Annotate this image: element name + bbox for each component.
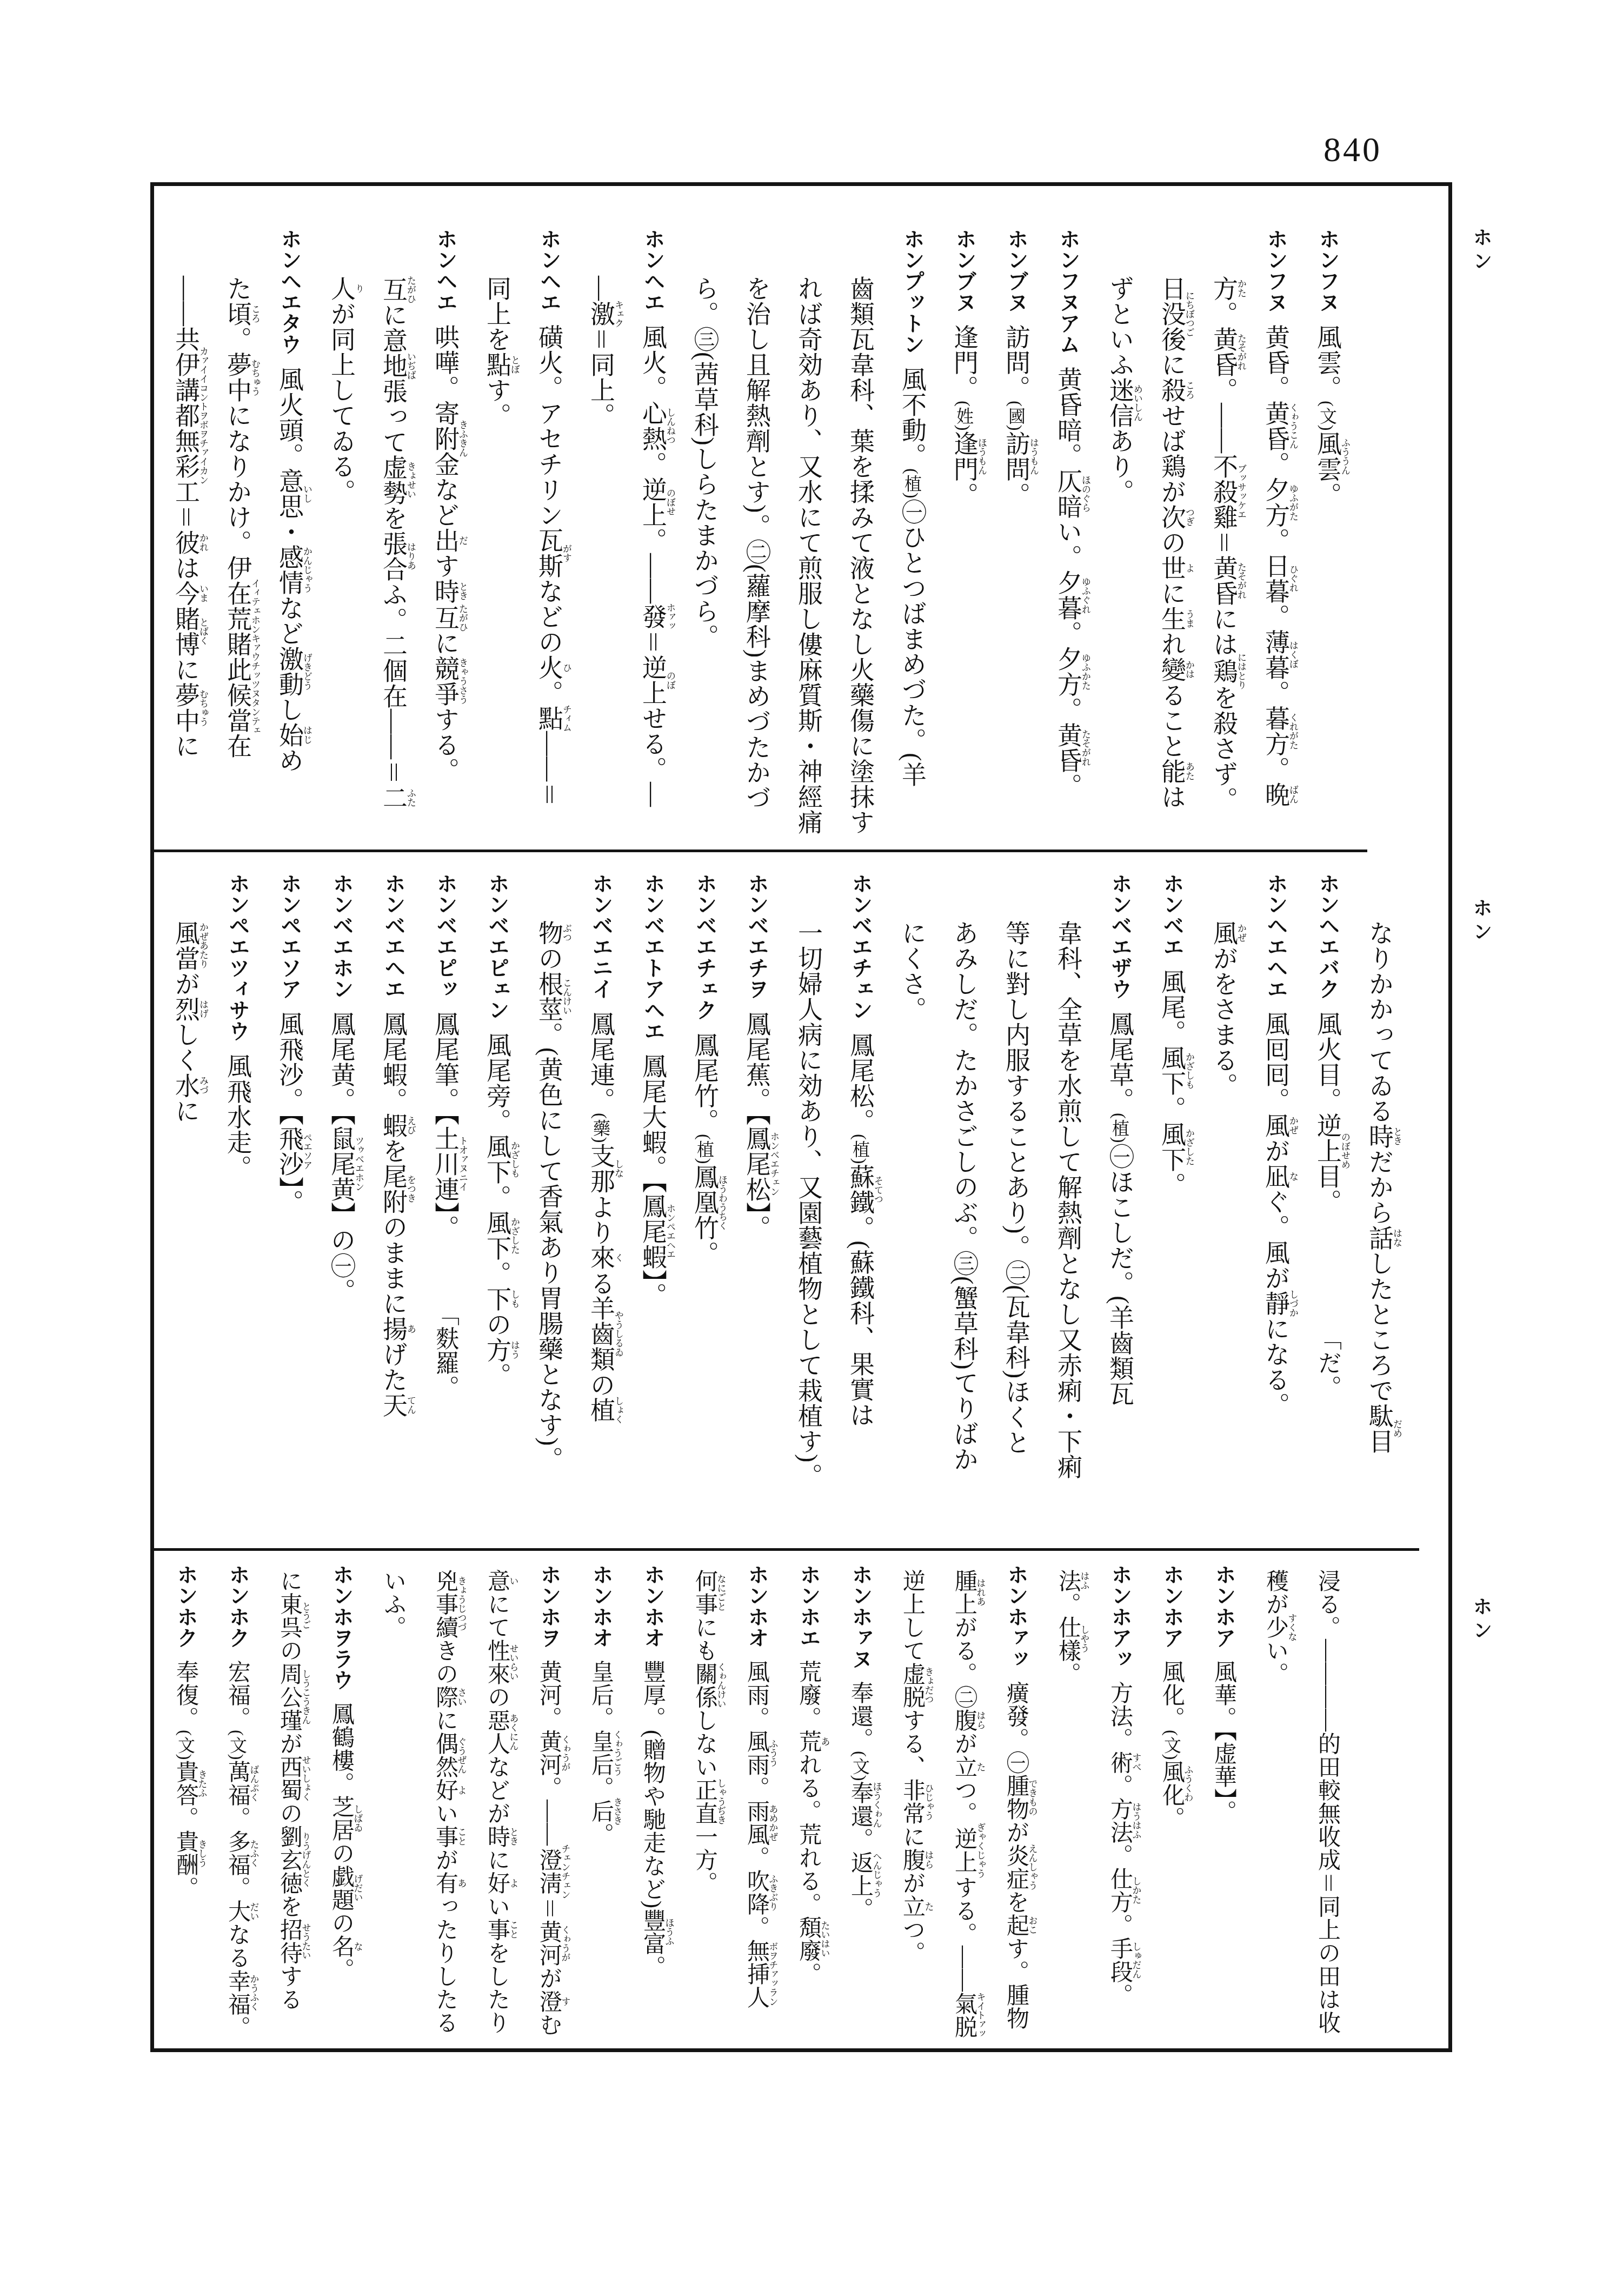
definition-text: 風化ふうくわ — [1159, 1760, 1184, 1807]
definition-text: が — [433, 1848, 457, 1872]
definition-text: 好よ — [484, 1872, 509, 1895]
dictionary-page: { "page": { "number": "840", "margin_lab… — [0, 0, 1623, 2296]
definition-text: 風雲。 — [1314, 324, 1341, 401]
definition-text: 韋科、全草を水煎して解熱劑となし又赤痢・下痢 — [1054, 920, 1082, 1479]
definition-text: の — [329, 1842, 354, 1865]
definition-text: 心熱しんねつ — [639, 401, 667, 452]
definition-text: 名な — [329, 1935, 354, 1958]
definition-text: 返上へんじゃう — [848, 1851, 873, 1897]
headword: ホンプットン — [901, 228, 924, 355]
definition-text: 戯題げだい — [329, 1865, 354, 1912]
definition-text: にくさ。 — [899, 920, 926, 1022]
definition-text: は — [172, 555, 199, 581]
definition-text: 方かた — [1210, 276, 1238, 301]
definition-text: 物ぶつ — [535, 920, 563, 946]
definition-text: あり。 — [1106, 428, 1134, 505]
definition-text: 。 — [744, 1776, 769, 1800]
definition-text: め — [276, 748, 303, 773]
definition-text: 夕方ゆふがた — [1262, 477, 1289, 528]
definition-text: 正直しゃうぢき — [692, 1779, 717, 1825]
definition-text: 。 — [1262, 452, 1289, 477]
definition-text: 彼かれ — [172, 530, 199, 555]
definition-text: (文) — [1318, 401, 1337, 431]
entry-column: ホンベエチェク鳳尾竹。(植)鳳凰竹ほうわうちく。 — [679, 873, 730, 1548]
continuation-column: を治し且解熱劑とす)。㊁(蘿摩科)まめづたかづ — [730, 228, 782, 852]
definition-text: つ。 — [952, 1779, 976, 1825]
definition-text: 奉還ほうくゎん — [848, 1781, 873, 1828]
definition-text: 。 — [1107, 1914, 1132, 1937]
definition-text: する — [277, 1965, 302, 2011]
definition-text: (植) — [902, 468, 922, 499]
definition-text: 豐厚。(贈物や馳走など) — [640, 1660, 665, 1909]
definition-text: 風雲ふううん — [1314, 431, 1341, 482]
definition-text: 。 — [588, 1776, 613, 1800]
continuation-column: 穫が少すくない。 — [1249, 1564, 1301, 2043]
definition-text: になりかけ。 — [224, 403, 251, 555]
headword: ホンホアッ — [1108, 1564, 1132, 1669]
definition-text: 等に對し内服することあり)。㊁(瓦韋科)ほくと — [1002, 920, 1030, 1455]
definition-text: に — [431, 631, 459, 656]
dictionary-band-middle: なりかかってゐる時ときだから話はなしたところで駄目だめホンヘエバク風火目。逆上目… — [154, 852, 1419, 1551]
definition-text: したところで — [1366, 1251, 1393, 1403]
definition-text: ＝同上。 — [587, 327, 615, 428]
definition-text: 風當かぜあたり — [172, 920, 199, 971]
definition-text: 能あた — [1158, 759, 1186, 784]
continuation-column: 齒類瓦韋科、葉を揉みて液となし火藥傷に塗抹す — [834, 228, 886, 852]
definition-text: を治し且解熱劑とす)。㊁(蘿摩科)まめづたかづ — [743, 276, 770, 811]
entry-column: ホンベエホン鳳尾黄。【鼠尾黄ツゥベエホン】の㊀。 — [315, 873, 367, 1548]
definition-text: 哄嘩。 — [431, 324, 459, 401]
definition-text: 風飛水走。 — [224, 1053, 251, 1180]
definition-text: 風飛沙。【 — [276, 1011, 303, 1126]
headword: ホンホヲラウ — [330, 1564, 353, 1690]
continuation-column: ら。㊂(茜草科)しらたまかづら。 — [679, 228, 730, 852]
definition-text: 浸る。――――的田較無收成＝同上の田は收 — [1315, 1569, 1340, 2034]
definition-text: ――＝ — [535, 731, 563, 807]
entry-column: ホンペエソア風飛沙。【飛沙ペエソア】。 — [263, 873, 315, 1548]
definition-text: 逆上目のぼせめ — [1314, 1113, 1341, 1189]
definition-text: には — [1210, 606, 1238, 657]
headword: ホンホオ — [641, 1564, 664, 1648]
definition-text: 逢門。 — [950, 324, 978, 401]
definition-text: 風華。【虚華】。 — [1211, 1660, 1236, 1823]
continuation-column: ――共伊講都無彩工カァイイコントヲボヲチァイカン＝彼かれは今いま賭博とばくに夢中… — [159, 228, 211, 852]
definition-text: ぐ。風が — [1262, 1189, 1289, 1291]
headword: ホンベエチェク — [693, 873, 716, 1020]
definition-text: 。―― — [1210, 377, 1238, 454]
definition-text: 揚あ — [380, 1316, 407, 1342]
headword: ホンペエソア — [278, 873, 301, 999]
definition-text: 。 — [744, 1846, 769, 1869]
definition-text: に — [484, 1848, 509, 1872]
definition-text: 賭博とばく — [172, 606, 199, 657]
definition-text: 。 — [848, 1897, 873, 1921]
definition-text: 性來せいらい — [484, 1639, 509, 1685]
continuation-column: 兇事續きょうじつづきの際さいに偶然ぐうぜん好よい事ことが有あったりしたる時ときに — [419, 1564, 471, 2043]
entry-column: ホンペエツィサウ風飛水走。 — [211, 873, 263, 1548]
definition-text: つ。 — [900, 1918, 924, 1965]
continuation-column: 等に對し内服することあり)。㊁(瓦韋科)ほくと — [990, 873, 1042, 1551]
definition-text: 黄昏暗。 — [1054, 367, 1082, 468]
headword: ホンホオ — [589, 1564, 613, 1648]
headword: ホンベエニイ — [589, 873, 613, 999]
continuation-column: 方かた。黄昏たそがれ。――不殺雞ブッサッケエ＝黄昏たそがれには鶏にはとりを殺さず… — [1198, 228, 1249, 852]
definition-text: あみしだ。たかさごしのぶ。㊂(蟹草科)てりばか — [950, 920, 978, 1472]
definition-text: 訪問。 — [1002, 324, 1030, 401]
definition-text: ふ。二個在――＝ — [380, 582, 407, 785]
definition-text: 鳳尾竹。 — [691, 1032, 719, 1134]
definition-text: (姓) — [954, 401, 974, 431]
definition-text: す。 — [483, 377, 511, 428]
definition-text: 次つぎ — [1158, 505, 1186, 530]
definition-text: 不殺雞ブッサッケエ — [1210, 454, 1238, 530]
definition-text: 尾附をつき — [380, 1164, 407, 1215]
definition-text: 貴酬きしう — [173, 1830, 198, 1876]
definition-text: 氣脱キイトァッ — [952, 1992, 976, 2039]
entry-column: ホンヘエ風火。心熱しんねつ。逆上のぼせ。――發ホァッ＝逆上のぼせる。― — [627, 228, 679, 850]
definition-text: 意い — [484, 1569, 509, 1592]
entry-column: ホンホエ荒廢。荒あれる。荒れる。頽廢たいはい。荒廢くゎうはい。荒蕪くゎうぶ。 — [782, 1564, 834, 2043]
definition-text: 飛沙ペエソア — [276, 1126, 303, 1177]
headword: ホンホエ — [797, 1564, 820, 1648]
entry-column: ホンホオ皇后。皇后くゎうごう。后きさき。 — [575, 1564, 627, 2043]
definition-text: 后きさき — [588, 1800, 613, 1823]
definition-text: 鳳鶴樓。 — [329, 1702, 354, 1795]
definition-text: 寄附金きふきん — [431, 401, 459, 477]
definition-text: 。 — [796, 1962, 821, 1986]
margin-guide-label-top: ホン — [1463, 227, 1495, 275]
definition-text: 。 — [1210, 301, 1238, 327]
definition-text: 。 — [1107, 1774, 1132, 1797]
page-number: 840 — [1315, 130, 1391, 170]
definition-text: が — [536, 1967, 561, 1990]
definition-text: 法はふ — [1055, 1569, 1080, 1592]
definition-text: 意思いし — [276, 468, 303, 519]
continuation-column: 逆上して虚脱きょだつする、非常ひじゃうに腹はらが立たつ。 — [886, 1564, 938, 2043]
definition-text: 時とき — [1366, 1124, 1393, 1149]
continuation-column: 韋科、全草を水煎して解熱劑となし又赤痢・下痢 — [1042, 873, 1094, 1551]
definition-text: 磺火。アセチリン — [535, 324, 563, 528]
definition-text: 荒あ — [796, 1730, 821, 1753]
definition-text: 靜しづか — [1262, 1291, 1289, 1316]
headword: ホンベエザウ — [1108, 873, 1132, 999]
entry-column: ホンヘエ哄嘩。寄附金きふきんなど出だす時とき互たがひに競爭きゃうさうする。 — [419, 228, 471, 850]
continuation-column: にくさ。 — [886, 873, 938, 1551]
definition-text: 鳳尾筆。【 — [431, 1011, 459, 1126]
definition-text: 風下かざしも — [1158, 1045, 1186, 1096]
continuation-column: に東呉とうごの周公瑾しうこうきんが西蜀せいしょくの劉玄徳りうげんとくを招待せうた… — [263, 1564, 315, 2043]
entry-column: ホンベエ風尾。風下かざしも。風下かざした。 — [1146, 873, 1198, 1548]
definition-text: し — [276, 697, 303, 722]
definition-text: 出だ — [431, 528, 459, 553]
definition-text: 互たがひ — [431, 604, 459, 631]
continuation-column: 互たがひに意地張いぢばって虚勢きょせいを張合はりあふ。二個在――＝二ふた — [367, 228, 419, 852]
headword: ホンブヌ — [1005, 228, 1028, 313]
definition-text: 豐富ほうふ — [640, 1909, 665, 1955]
dictionary-band-bottom: 浸る。――――的田較無收成＝同上の田は收穫が少すくない。ホンホア風華。【虚華】。… — [154, 1551, 1367, 2043]
continuation-column: いふ。 — [367, 1564, 419, 2043]
turnback-text: 「だ。 — [1315, 1326, 1339, 1399]
definition-text: 風囘囘。 — [1262, 1011, 1289, 1113]
definition-text: 生うま — [1158, 606, 1186, 632]
definition-text: 。 — [1262, 680, 1289, 706]
entry-column: ホンブヌ逢門。(姓)逢門ほうもん。 — [938, 228, 990, 850]
definition-text: 。(黄色にして香氣あり胃腸藥となす)。 — [535, 1022, 563, 1472]
headword: ホンホア — [1160, 1564, 1183, 1648]
definition-text: 雨風あめかぜ — [744, 1800, 769, 1846]
definition-text: を殺さず。 — [1210, 685, 1238, 812]
definition-text: 。 — [1002, 482, 1030, 507]
definition-text: 。 — [1107, 1844, 1132, 1867]
definition-text: を — [277, 1895, 302, 1918]
definition-text: 風下かざした — [1158, 1122, 1186, 1172]
definition-text: 逆上のぼ — [639, 655, 667, 706]
definition-text: 風下かざしも — [483, 1134, 511, 1185]
definition-text: 術すべ — [1107, 1751, 1132, 1774]
definition-text: 逆上のぼせ — [639, 477, 667, 528]
entry-column: ホンヘエ磺火。アセチリン瓦斯がすなどの火ひ。點チィム――＝ — [523, 228, 575, 850]
definition-text: の — [277, 1802, 302, 1825]
definition-text: ＝ — [172, 505, 199, 530]
definition-text: 黄河くゎうが — [536, 1920, 561, 1967]
definition-text: 立た — [952, 1755, 976, 1779]
entry-column: ホンホク宏福。(文)萬福ばんぷく。多福たふく。大だいなる幸福かうふく。 — [211, 1564, 263, 2043]
entry-column: ホンベエニイ鳳尾連。(藥)支那しなより來くる羊齒類やうしるゐの植しょく — [575, 873, 627, 1548]
definition-text: 。 — [639, 452, 667, 477]
definition-text: 鳳尾大蝦。【 — [639, 1053, 667, 1193]
definition-text: に — [172, 657, 199, 682]
definition-text: 偶然ぐうぜん — [433, 1732, 457, 1779]
definition-text: 虚脱きょだつ — [900, 1662, 924, 1709]
continuation-column: 一切婦人病に効あり、又園藝植物として栽植す)。 — [782, 873, 834, 1551]
entry-column: ホンベエチヲ鳳尾蕉。【鳳尾松ホンベエチェン】。 — [730, 873, 782, 1548]
definition-text: の — [587, 1372, 615, 1397]
entry-column: ホンホアッ方法。術すべ。方法はうはふ。仕方しかた。手段しゅだん。手段てだて。詮せ… — [1094, 1564, 1146, 2043]
headword: ホンフヌ — [1316, 228, 1339, 313]
definition-text: 一方。 — [692, 1825, 717, 1895]
continuation-column: ずといふ迷信めいしんあり。 — [1094, 228, 1146, 852]
definition-text: 。 — [535, 680, 563, 706]
definition-text: 水みづ — [172, 1073, 199, 1098]
definition-text: 點とぼ — [483, 352, 511, 377]
definition-text: 鶏にはとり — [1210, 657, 1238, 685]
definition-text: 逆上して — [900, 1569, 924, 1662]
definition-text: 幸福かうふく — [225, 1969, 250, 2016]
definition-text: 腹はら — [952, 1709, 976, 1732]
definition-text: 非常ひじゃう — [900, 1779, 924, 1825]
definition-text: 黄昏たそがれ — [1054, 722, 1082, 773]
definition-text: 土川連トオァヌニイ — [431, 1126, 459, 1202]
entry-column: ホンフヌ黄昏。黄昏くゎうこん。夕方ゆふがた。日暮ひぐれ。薄暮はくぼ。暮方くれがた… — [1249, 228, 1301, 850]
definition-text: 鳳尾松。 — [847, 1032, 874, 1134]
definition-text: 。 — [225, 1807, 250, 1830]
definition-text: ― — [587, 276, 615, 301]
entry-column: ホンヘエヘエ風囘囘。風かぜが凪なぐ。風が靜しづかになる。 — [1249, 873, 1301, 1548]
definition-text: ㊀ほこしだ。(羊齒類瓦 — [1106, 1143, 1134, 1406]
headword: ホンベエチヲ — [745, 873, 768, 999]
headword: ホンベエピッ — [434, 873, 457, 999]
definition-text: 皇后。 — [588, 1660, 613, 1730]
definition-text: の — [483, 1312, 511, 1337]
definition-text: 荒廢。 — [796, 1660, 821, 1730]
definition-text: いふ。 — [381, 1569, 405, 1639]
definition-text: 萬福ばんぷく — [225, 1760, 250, 1807]
definition-text: ったりしたる — [433, 1895, 457, 2034]
headword: ホンフヌ — [1264, 228, 1287, 313]
definition-text: 鳳尾草。 — [1106, 1011, 1134, 1113]
definition-text: 二ふた — [380, 785, 407, 811]
continuation-column: 物ぶつの根莖こんけい。(黄色にして香氣あり胃腸藥となす)。 — [523, 873, 575, 1551]
definition-text: 事こと — [484, 1918, 509, 1941]
definition-text: は — [1158, 784, 1186, 809]
definition-text: 風尾。 — [1158, 969, 1186, 1045]
definition-text: 西蜀せいしょく — [277, 1755, 302, 1802]
definition-text: 風火目。 — [1314, 1011, 1341, 1113]
definition-text: 時とき — [484, 1825, 509, 1848]
definition-text: 鳳凰竹ほうわうちく — [691, 1164, 719, 1240]
definition-text: 貴答きたふ — [173, 1760, 198, 1807]
definition-text: 】の㊀。 — [328, 1202, 355, 1304]
definition-text: せば鶏が — [1158, 403, 1186, 505]
dictionary-frame: ホンフヌ風雲。(文)風雲ふううん。ホンフヌ黄昏。黄昏くゎうこん。夕方ゆふがた。日… — [150, 182, 1452, 2052]
definition-text: 人り — [328, 276, 355, 301]
definition-text: 。 — [1314, 1189, 1341, 1215]
definition-text: 大だい — [225, 1900, 250, 1923]
entry-column: ホンベエチェン鳳尾松。(植)蘇鐵そてつ。(蘇鐵科、果實は — [834, 873, 886, 1548]
definition-text: 。 — [483, 1185, 511, 1210]
definition-text: がる。㊁ — [952, 1616, 976, 1709]
definition-text: れば奇効あり、又水にて煎服し僂麻質斯・神經痛 — [795, 276, 822, 835]
definition-text: 鳳尾蕉。【 — [743, 1011, 770, 1126]
definition-text: 黄河くゎうが — [536, 1730, 561, 1776]
definition-text: ―― — [172, 276, 199, 327]
definition-text: 腫物できもの — [1003, 1774, 1028, 1821]
definition-text: 。 — [1054, 697, 1082, 722]
definition-text: 腫上はれあ — [952, 1569, 976, 1616]
definition-text: 。 — [744, 1916, 769, 1939]
definition-text: 。 — [1262, 757, 1289, 782]
headword: ホンホア — [1212, 1564, 1235, 1648]
definition-text: 炎症えんしゃう — [1003, 1844, 1028, 1890]
definition-text: 。 — [224, 327, 251, 352]
headword: ホンホヲ — [537, 1564, 561, 1648]
definition-text: 宏福。 — [225, 1660, 250, 1730]
entry-column: ホンベエピッ鳳尾筆。【土川連トオァヌニイ】。「麩羅。 — [419, 873, 471, 1548]
definition-text: 蘇鐵そてつ — [847, 1164, 874, 1215]
definition-text: 。 — [1262, 528, 1289, 553]
definition-text: (植) — [1110, 1113, 1129, 1143]
definition-text: する。―― — [952, 1876, 976, 1992]
definition-text: 方はう — [483, 1337, 511, 1363]
definition-text: 。 — [225, 1876, 250, 1900]
definition-text: 激キェク — [587, 301, 615, 327]
definition-text: をしたり — [484, 1941, 509, 2034]
continuation-column: た頃ころ。夢中むちゅうになりかけ。伊在荒賭此候當在イィテェホンキァウチッツヌタン… — [211, 228, 263, 852]
definition-text: 何事なにごと — [692, 1569, 717, 1616]
definition-text: 同上を — [483, 276, 511, 352]
definition-text: ㊀ひとつばまめづた。(羊 — [899, 499, 926, 787]
continuation-column: 何事なにごとにも關係くゎんけいしない正直しゃうぢき一方。 — [679, 1564, 730, 2043]
definition-text: 皇后くゎうごう — [588, 1730, 613, 1776]
definition-text: 黄昏たそがれ — [1210, 555, 1238, 606]
entry-column: ホンプットン風不動。(植)㊀ひとつばまめづた。(羊 — [886, 228, 938, 850]
definition-text: 風雨。 — [744, 1660, 769, 1730]
definition-text: のままに — [380, 1215, 407, 1316]
entry-column: ホンベエトアヘエ鳳尾大蝦。【鳳尾蝦ホンペエヘエ】。 — [627, 873, 679, 1548]
entry-column: ホンベエザウ鳳尾草。(植)㊀ほこしだ。(羊齒類瓦 — [1094, 873, 1146, 1548]
headword: ホンホク — [226, 1564, 249, 1648]
definition-text: の — [535, 946, 563, 971]
definition-text: (植) — [695, 1134, 714, 1164]
definition-text: 虚勢きょせい — [380, 455, 407, 506]
definition-text: げた — [380, 1342, 407, 1392]
definition-text: 下しも — [483, 1286, 511, 1312]
definition-text: を — [380, 506, 407, 531]
headword: ホンベエ — [1160, 873, 1183, 957]
definition-text: がをさまる。 — [1210, 946, 1238, 1098]
definition-text: 逆上ぎゃくじゃう — [952, 1825, 976, 1876]
definition-text: 共伊講都無彩工カァイイコントヲボヲチァイカン — [172, 327, 199, 505]
entry-column: ホンベエヘエ鳳尾蝦。蝦えびを尾附をつきのままに揚あげた天てん — [367, 873, 419, 1548]
definition-text: に — [277, 1569, 302, 1592]
entry-column: ホンフヌアム黄昏暗。仄暗ほのぐらい。夕暮ゆふぐれ。夕方ゆふかた。黄昏たそがれ。 — [1042, 228, 1094, 850]
headword: ホンヘエ — [434, 228, 457, 313]
definition-text: 。 — [1055, 1592, 1080, 1616]
definition-text: きの — [433, 1639, 457, 1685]
definition-text: 穫が — [1263, 1569, 1288, 1616]
continuation-column: 風かぜがをさまる。 — [1198, 873, 1249, 1551]
definition-text: 迷信めいしん — [1106, 377, 1134, 428]
entry-column: ホンヘエタウ風火頭。意思いし・感情かんじゃうなど激動げきどうし始はじめ — [263, 228, 315, 850]
definition-text: 日暮ひぐれ — [1262, 553, 1289, 604]
definition-text: 事こと — [433, 1825, 457, 1848]
definition-text: 兇事續きょうじつづ — [433, 1569, 457, 1639]
definition-text: 頽廢たいはい — [796, 1916, 821, 1962]
definition-text: が同上してゐる。 — [328, 301, 355, 505]
definition-text: 關係くゎんけい — [692, 1662, 717, 1709]
definition-text: 。 — [1262, 604, 1289, 629]
definition-text: に — [1158, 352, 1186, 377]
definition-text: にて — [484, 1592, 509, 1639]
definition-text: 激動げきどう — [276, 646, 303, 697]
definition-text: 今いま — [172, 581, 199, 606]
definition-text: 多福たふく — [225, 1830, 250, 1876]
headword: ホンベエピェン — [485, 873, 509, 1020]
continuation-column: 風當かぜあたりが烈はげしく水みづに — [159, 873, 211, 1551]
entry-column: ホンホア風華。【虚華】。 — [1198, 1564, 1249, 2043]
definition-text: (國) — [1006, 401, 1026, 431]
definition-text: 風火。 — [639, 324, 667, 401]
definition-text: 招待せうたい — [277, 1918, 302, 1965]
definition-text: 。 — [691, 1240, 719, 1266]
definition-text: する。 — [431, 707, 459, 783]
definition-text: だから — [1366, 1149, 1393, 1225]
definition-text: にも — [692, 1616, 717, 1662]
definition-text: 。 — [1158, 1096, 1186, 1122]
definition-text: 夢中むちゅう — [172, 682, 199, 733]
definition-text: 立た — [900, 1895, 924, 1918]
definition-text: 。 — [1158, 1172, 1186, 1198]
definition-text: る — [587, 1270, 615, 1296]
definition-text: (文) — [228, 1730, 247, 1760]
definition-text: が — [952, 1732, 976, 1755]
definition-text: い — [433, 1802, 457, 1825]
definition-text: 。 — [640, 1955, 665, 1979]
definition-text: 】。 — [743, 1202, 770, 1240]
definition-text: に — [172, 733, 199, 759]
definition-text: 頃ころ — [224, 301, 251, 327]
definition-text: い。 — [1054, 519, 1082, 570]
